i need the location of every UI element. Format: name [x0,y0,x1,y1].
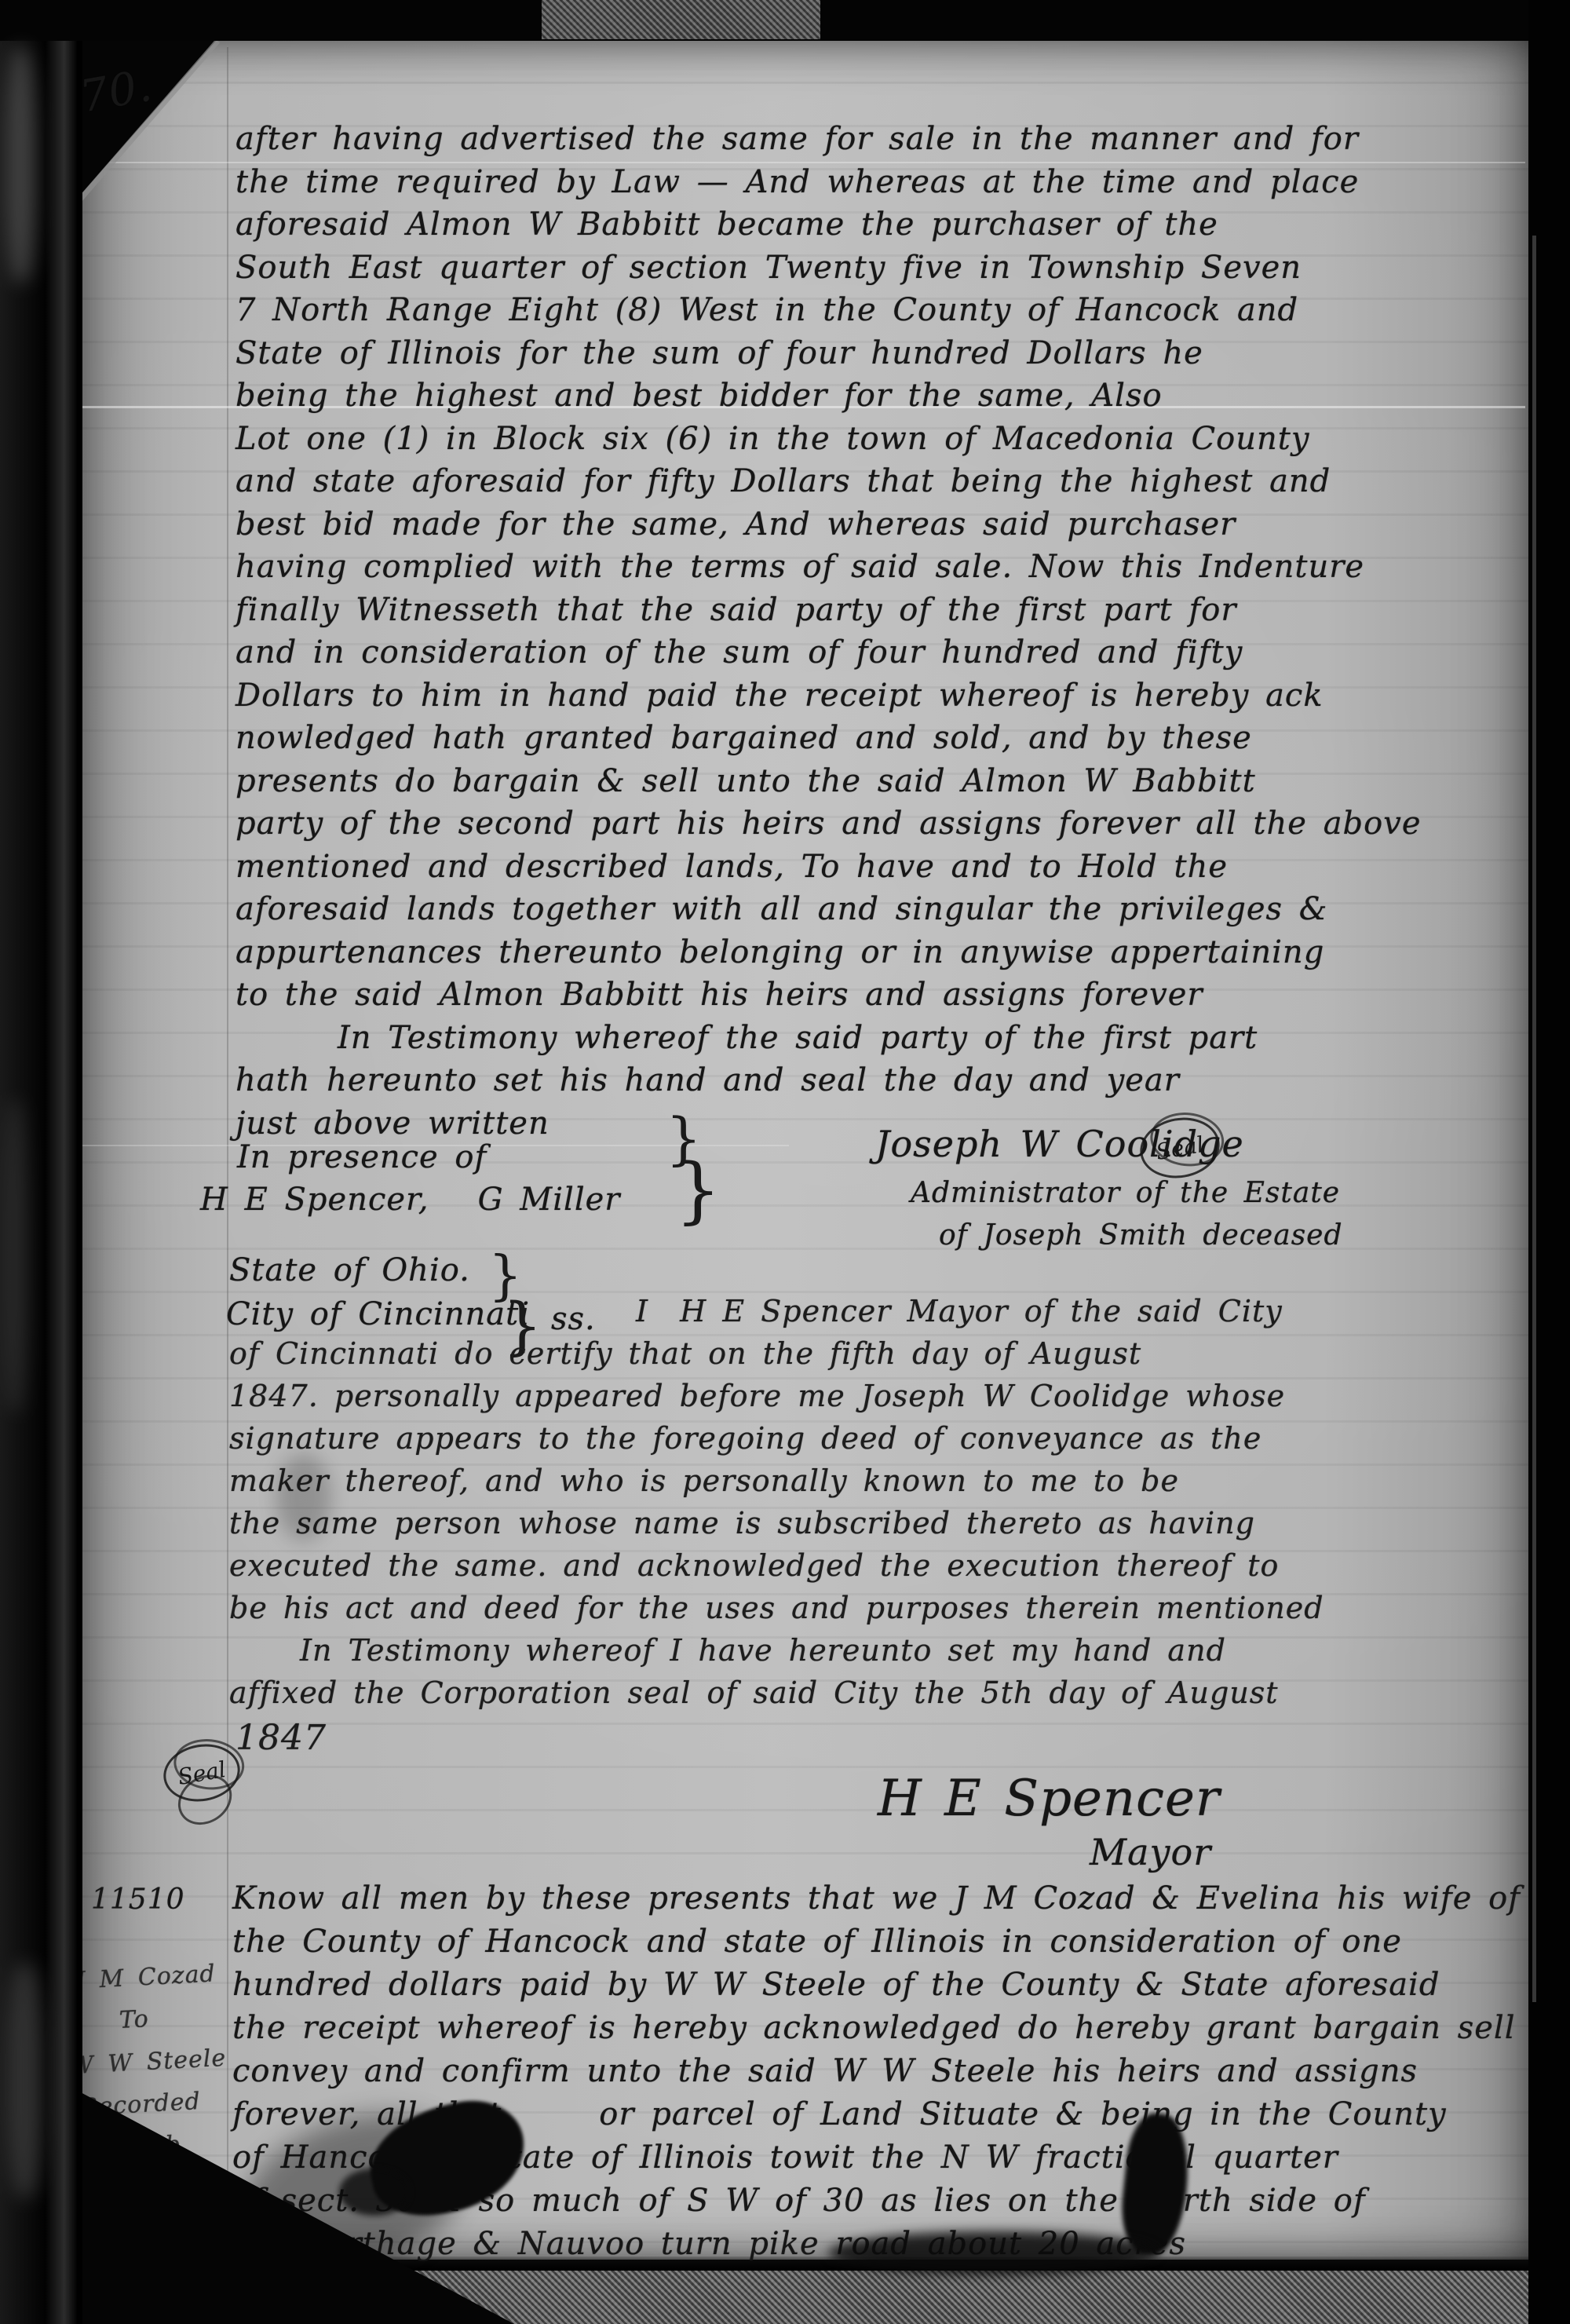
book-cloth [542,0,820,39]
deed-text-line: aforesaid Almon W Babbitt became the pur… [235,207,1218,242]
deed-text-line: best bid made for the same, And whereas … [235,507,1236,542]
certification-line: maker thereof, and who is personally kno… [229,1465,1179,1498]
deed-text-line: nowledged hath granted bargained and sol… [235,721,1252,755]
ink-smudge [276,1454,331,1540]
deed-text-line: South East quarter of section Twenty fiv… [235,250,1302,285]
deed-text-line: the County of Hancock and state of Illin… [232,1924,1402,1959]
page-stack-edge [1532,236,1536,2002]
venue-state: State of Ohio. [229,1253,470,1288]
deed-text-line: Lot one (1) in Block six (6) in the town… [235,422,1309,456]
deed-text-line: party of the second part his heirs and a… [235,806,1422,841]
certification-line: the same person whose name is subscribed… [229,1507,1255,1540]
signature-role-line: of Joseph Smith deceased [939,1220,1343,1252]
deed-text-line: mentioned and described lands, To have a… [235,850,1228,884]
ink-smear [828,2231,1158,2275]
deed-text-line: appurtenances thereunto belonging or in … [235,935,1324,970]
paper-scratch-line [82,162,1525,163]
certification-line: In Testimony whereof I have hereunto set… [300,1635,1226,1668]
deed-text-line: just above written [235,1106,549,1141]
certification-year: 1847 [235,1719,327,1757]
deed-text-line: finally Witnesseth that the said party o… [235,593,1236,627]
deed-text-line: convey and confirm unto the said W W Ste… [232,2054,1418,2088]
deed-text-line: In Testimony whereof the said party of t… [338,1021,1258,1055]
venue-city: City of Cincinnati [226,1297,530,1332]
spencer-signature-title: Mayor [1090,1833,1211,1873]
certification-line: of Cincinnati do certify that on the fif… [229,1338,1141,1371]
venue-ss: ss. [551,1302,596,1336]
certification-line: I H E Spencer Mayor of the said City [636,1295,1283,1328]
certification-line: signature appears to the foregoing deed … [229,1423,1261,1456]
certification-line: executed the same. and acknowledged the … [229,1550,1279,1583]
deed-text-line: the time required by Law — And whereas a… [235,165,1359,199]
signature-role-line: Administrator of the Estate [911,1178,1340,1209]
deed-text-line: being the highest and best bidder for th… [235,378,1163,413]
deed-text-line: Know all men by these presents that we J… [232,1881,1521,1916]
binding-highlight [4,1099,27,1413]
deed-text-line: to the said Almon Babbitt his heirs and … [235,977,1203,1012]
brace-icon [675,1148,721,1232]
certification-line: 1847. personally appeared before me Jose… [229,1380,1285,1413]
deed-text-line: State of Illinois for the sum of four hu… [235,336,1203,371]
deed-text-line: and in consideration of the sum of four … [235,635,1243,670]
deed-text-line: the receipt whereof is hereby acknowledg… [232,2011,1516,2045]
ink-blot [339,2169,410,2216]
record-book-photo: 70. after having advertised the same for… [0,0,1570,2324]
deed-text-line: and state aforesaid for fifty Dollars th… [235,464,1331,499]
witness-label: In presence of [237,1140,487,1175]
deed-text-line: having complied with the terms of said s… [235,550,1364,584]
margin-rule-line [227,47,228,2256]
deed-text-line: Dollars to him in hand paid the receipt … [235,678,1324,713]
entry-number: 11510 [91,1884,185,1916]
deed-text-line: 7 North Range Eight (8) West in the Coun… [235,293,1298,327]
deed-text-line: after having advertised the same for sal… [235,122,1359,156]
deed-text-line: hundred dollars paid by W W Steele of th… [232,1968,1440,2002]
witness-names: H E Spencer, G Miller [200,1182,620,1217]
certification-line: affixed the Corporation seal of said Cit… [229,1677,1279,1710]
binding-highlight [8,1963,43,2198]
binding-highlight [6,47,36,283]
margin-note-to: To [119,2006,149,2033]
deed-text-line: presents do bargain & sell unto the said… [235,764,1256,798]
deed-text-line: aforesaid lands together with all and si… [235,892,1327,926]
spencer-signature: H E Spencer [878,1771,1220,1826]
certification-line: be his act and deed for the uses and pur… [229,1592,1324,1625]
deed-text-line: hath hereunto set his hand and seal the … [235,1063,1180,1098]
